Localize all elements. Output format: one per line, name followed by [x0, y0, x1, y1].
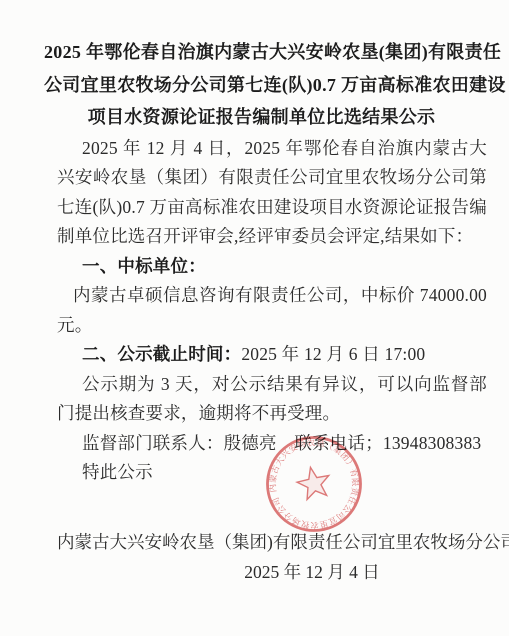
notice-period-paragraph: 公示期为 3 天，对公示结果有异议，可以向监督部门提出核查要求，逾期将不再受理。: [57, 370, 487, 429]
title-line-3: 项目水资源论证报告编制单位比选结果公示: [44, 101, 479, 134]
section2-line: 二、公示截止时间：2025 年 12 月 6 日 17:00: [57, 340, 487, 370]
document-title: 2025 年鄂伦春自治旗内蒙古大兴安岭农垦(集团)有限责任 公司宜里农牧场分公司…: [44, 36, 479, 134]
notice-document-page: 2025 年鄂伦春自治旗内蒙古大兴安岭农垦(集团)有限责任 公司宜里农牧场分公司…: [0, 0, 509, 636]
winning-bidder-line: 内蒙古卓硕信息咨询有限责任公司，中标价 74000.00 元。: [57, 281, 487, 340]
signature-date: 2025 年 12 月 4 日: [167, 557, 457, 587]
title-line-1: 2025 年鄂伦春自治旗内蒙古大兴安岭农垦(集团)有限责任: [44, 36, 479, 69]
signature-company: 内蒙古大兴安岭农垦（集团)有限责任公司宜里农牧场分公司: [57, 527, 455, 557]
closing-line: 特此公示: [57, 458, 487, 488]
section1-heading: 一、中标单位：: [57, 252, 487, 282]
document-body: 2025 年 12 月 4 日，2025 年鄂伦春自治旗内蒙古大兴安岭农垦（集团…: [57, 134, 487, 488]
section2-deadline: 2025 年 12 月 6 日 17:00: [241, 344, 425, 364]
section2-heading: 二、公示截止时间：: [82, 344, 241, 364]
intro-paragraph: 2025 年 12 月 4 日，2025 年鄂伦春自治旗内蒙古大兴安岭农垦（集团…: [57, 134, 487, 252]
signature-block: 内蒙古大兴安岭农垦（集团)有限责任公司宜里农牧场分公司 2025 年 12 月 …: [57, 527, 455, 587]
contact-line: 监督部门联系人：殷德亮 联系电话；13948308383: [57, 429, 487, 459]
title-line-2: 公司宜里农牧场分公司第七连(队)0.7 万亩高标准农田建设: [44, 69, 479, 102]
